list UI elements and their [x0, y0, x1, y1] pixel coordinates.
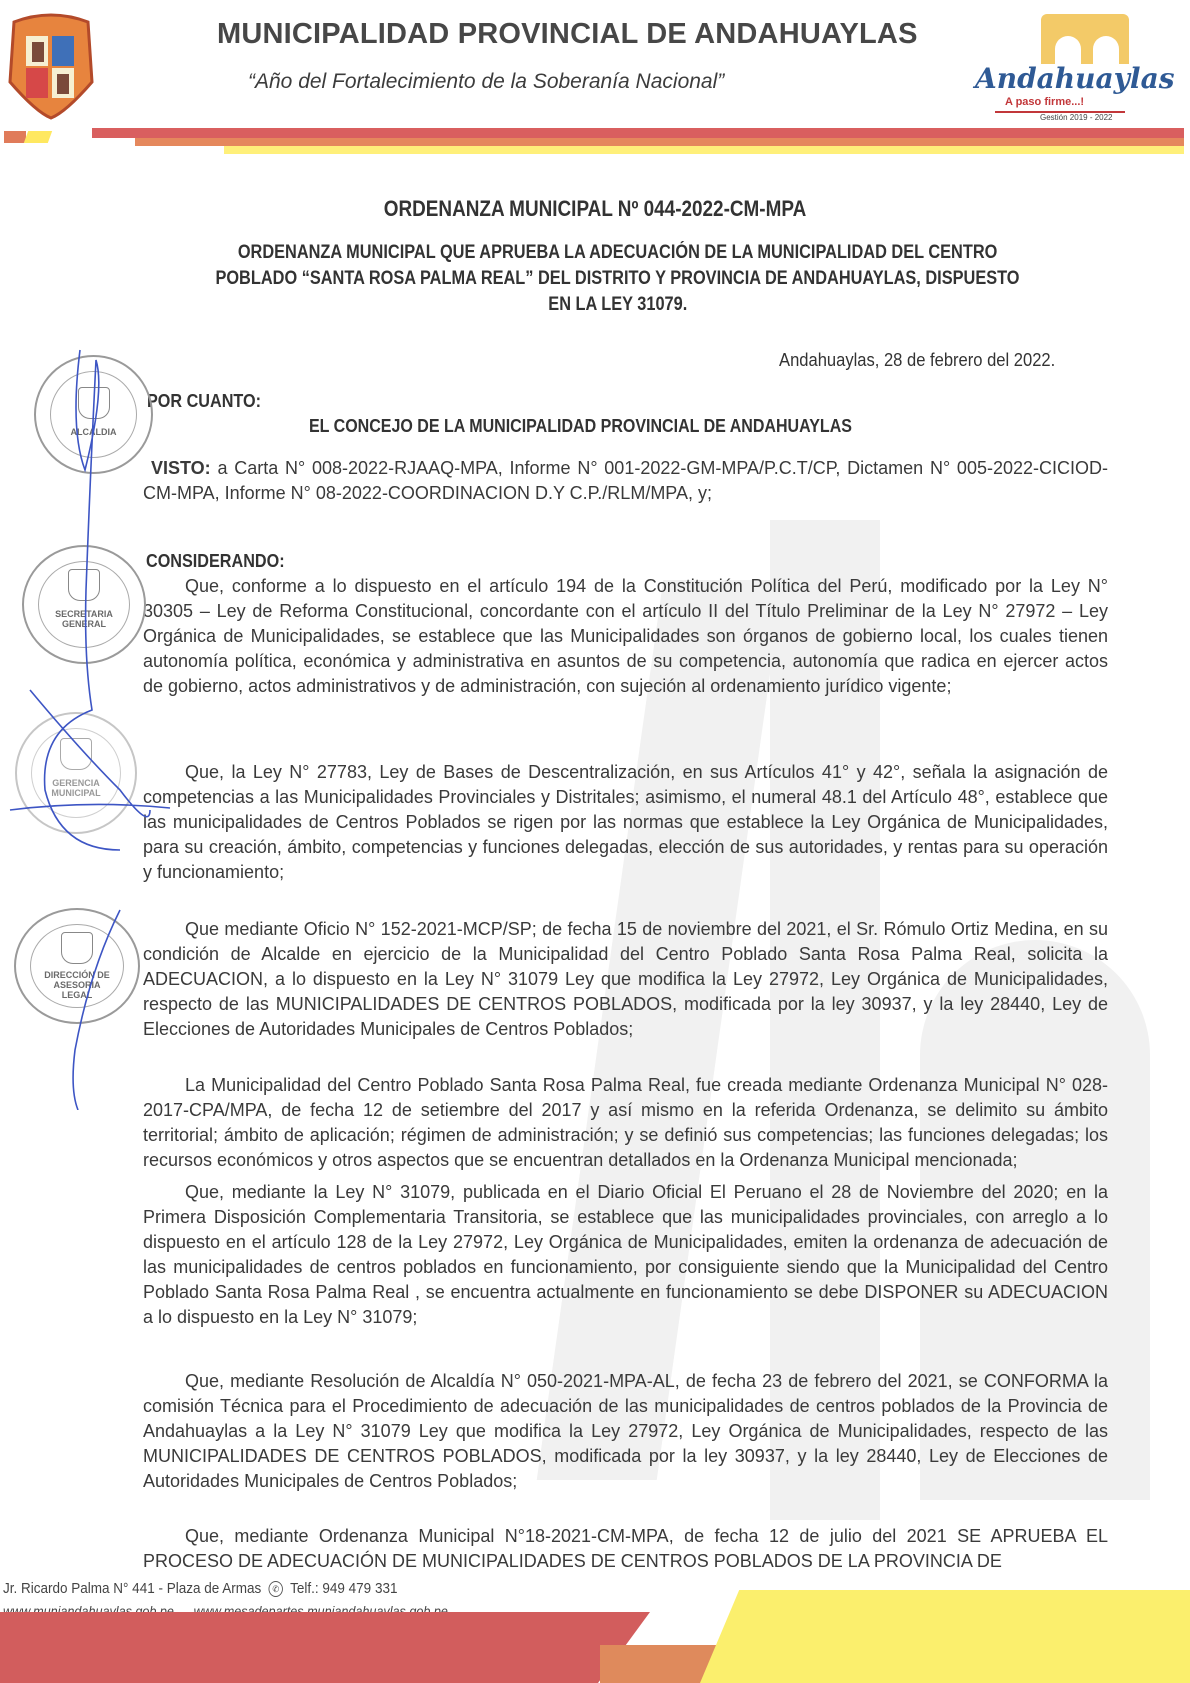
- coat-of-arms-logo: [6, 12, 96, 122]
- handwritten-signature: [0, 330, 180, 1110]
- footer-band-red: [0, 1612, 650, 1683]
- bridge-icon: [1041, 14, 1129, 64]
- document-date: Andahuaylas, 28 de febrero del 2022.: [779, 350, 1055, 371]
- andahuaylas-brand-logo: Andahuaylas A paso firme...! Gestión 201…: [975, 10, 1155, 120]
- subtitle-line: EN LA LEY 31079.: [548, 292, 687, 318]
- subtitle-line: ORDENANZA MUNICIPAL QUE APRUEBA LA ADECU…: [238, 240, 998, 266]
- considerando-paragraph: Que, conforme a lo dispuesto en el artíc…: [143, 574, 1108, 699]
- considerando-paragraph: Que mediante Oficio N° 152-2021-MCP/SP; …: [143, 917, 1108, 1042]
- year-motto: “Año del Fortalecimiento de la Soberanía…: [248, 70, 724, 94]
- brand-term: Gestión 2019 - 2022: [1040, 113, 1113, 122]
- footer-band-orange: [600, 1645, 720, 1683]
- brand-slogan: A paso firme...!: [1005, 96, 1084, 108]
- header-band-left-red: [4, 131, 26, 143]
- brand-name: Andahuaylas: [975, 62, 1174, 95]
- ordinance-number: ORDENANZA MUNICIPAL Nº 044-2022-CM-MPA: [83, 196, 1106, 222]
- visto-text: a Carta N° 008-2022-RJAAQ-MPA, Informe N…: [143, 458, 1108, 503]
- considerando-paragraph: Que, la Ley N° 27783, Ley de Bases de De…: [143, 760, 1108, 885]
- header-band-orange: [135, 138, 1184, 146]
- ordinance-subtitle: ORDENANZA MUNICIPAL QUE APRUEBA LA ADECU…: [145, 240, 1090, 318]
- footer-band-yellow: [700, 1590, 1190, 1683]
- header-band-left-yellow: [24, 131, 52, 143]
- considerando-paragraph: La Municipalidad del Centro Poblado Sant…: [143, 1073, 1108, 1173]
- considerando-paragraph: Que, mediante Ordenanza Municipal N°18-2…: [143, 1524, 1108, 1574]
- concejo-heading: EL CONCEJO DE LA MUNICIPALIDAD PROVINCIA…: [309, 416, 852, 437]
- footer-address: Jr. Ricardo Palma N° 441 - Plaza de Arma…: [3, 1580, 397, 1597]
- subtitle-line: POBLADO “SANTA ROSA PALMA REAL” DEL DIST…: [215, 266, 1019, 292]
- visto-paragraph: VISTO: a Carta N° 008-2022-RJAAQ-MPA, In…: [143, 456, 1108, 506]
- header-band-yellow: [224, 146, 1184, 154]
- document-page: MUNICIPALIDAD PROVINCIAL DE ANDAHUAYLAS …: [0, 0, 1190, 1683]
- institution-name: MUNICIPALIDAD PROVINCIAL DE ANDAHUAYLAS: [217, 18, 918, 51]
- phone-icon: ✆: [269, 1581, 283, 1597]
- footer-phone: Telf.: 949 479 331: [290, 1580, 397, 1597]
- considerando-paragraph: Que, mediante Resolución de Alcaldía N° …: [143, 1369, 1108, 1494]
- considerando-paragraph: Que, mediante la Ley N° 31079, publicada…: [143, 1180, 1108, 1330]
- header-band-red: [92, 128, 1184, 138]
